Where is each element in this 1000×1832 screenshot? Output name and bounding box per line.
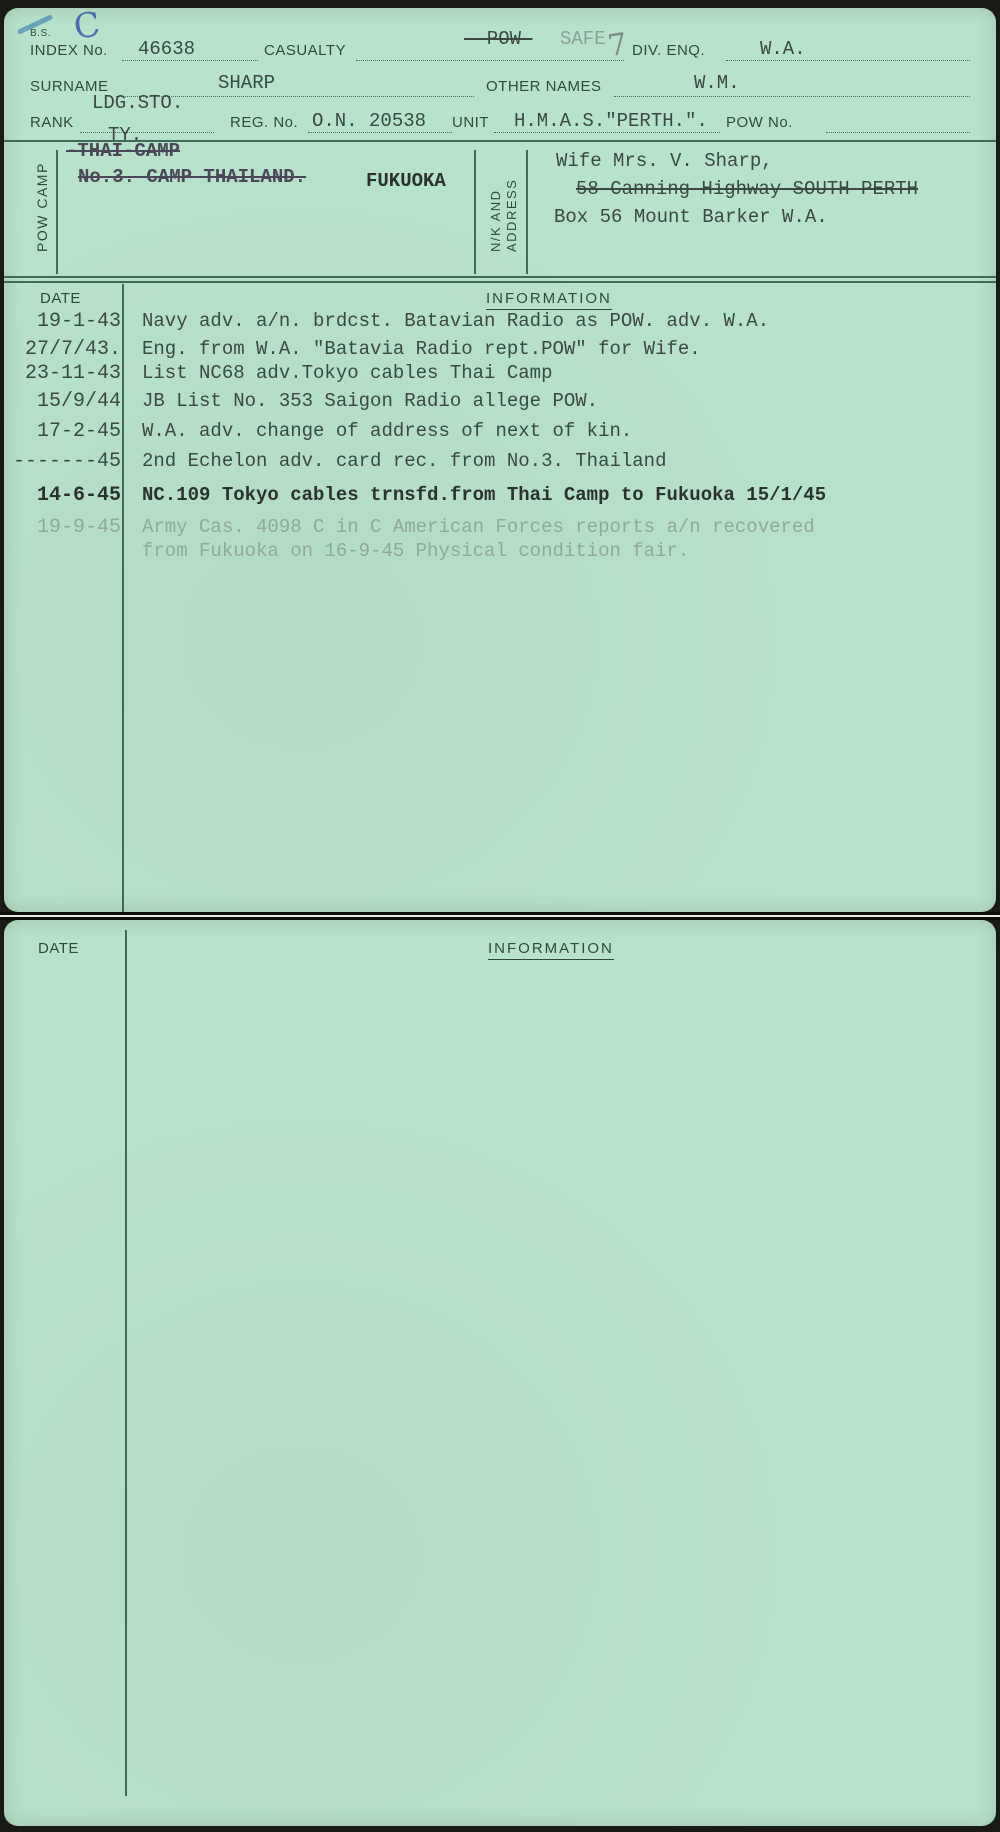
- record-card-back: DATE INFORMATION: [4, 920, 996, 1826]
- reg-no-value: O.N. 20538: [312, 110, 426, 132]
- nok-divider-left: [474, 150, 476, 274]
- div-enq-dots: [726, 60, 970, 61]
- card-separator: [0, 912, 1000, 920]
- other-names-dots: [614, 96, 970, 97]
- other-names-value: W.M.: [694, 72, 740, 94]
- pow-camp-entry: No.3. CAMP THAILAND.: [78, 166, 306, 188]
- index-dots: [122, 60, 258, 61]
- log-entry-info: 2nd Echelon adv. card rec. from No.3. Th…: [142, 450, 667, 472]
- pow-camp-label: POW CAMP: [34, 162, 50, 252]
- nok-divider-right: [526, 150, 528, 274]
- pow-no-label: POW No.: [726, 114, 793, 131]
- surname-value: SHARP: [218, 72, 275, 94]
- log-entry: -------452nd Echelon adv. card rec. from…: [4, 450, 996, 478]
- unit-value: H.M.A.S."PERTH.".: [514, 110, 708, 132]
- log-entry: 19-1-43Navy adv. a/n. brdcst. Batavian R…: [4, 310, 996, 338]
- log-entry-info: Navy adv. a/n. brdcst. Batavian Radio as…: [142, 310, 769, 332]
- nok-label-line1: N/K AND: [488, 189, 503, 252]
- log-entry: from Fukuoka on 16-9-45 Physical conditi…: [4, 540, 996, 568]
- log-entry: 14-6-45NC.109 Tokyo cables trnsfd.from T…: [4, 484, 996, 512]
- reg-no-label: REG. No.: [230, 114, 298, 131]
- rank-label: RANK: [30, 114, 74, 131]
- log-entry: 23-11-43List NC68 adv.Tokyo cables Thai …: [4, 362, 996, 390]
- log-entry-date: 23-11-43: [25, 362, 121, 385]
- log-entry-date: 19-9-45: [37, 516, 121, 539]
- log-entry-date: 15/9/44: [37, 390, 121, 413]
- log-entry-info: Army Cas. 4098 C in C American Forces re…: [142, 516, 815, 538]
- series-label: B.S.: [30, 28, 51, 39]
- date-header: DATE: [40, 290, 81, 307]
- nok-line-struck: 58 Canning Highway SOUTH PERTH: [576, 178, 918, 200]
- other-names-label: OTHER NAMES: [486, 78, 602, 95]
- pow-camp-current: FUKUOKA: [366, 170, 446, 192]
- log-entry-info: W.A. adv. change of address of next of k…: [142, 420, 632, 442]
- casualty-pencil: 7: [606, 27, 630, 64]
- back-date-column-divider: [125, 930, 127, 1796]
- nok-line: Box 56 Mount Barker W.A.: [554, 206, 828, 228]
- double-rule-bottom: [4, 281, 996, 283]
- nok-line: Wife Mrs. V. Sharp,: [556, 150, 773, 172]
- log-entry-date: 14-6-45: [37, 484, 121, 507]
- casualty-label: CASUALTY: [264, 42, 346, 59]
- log-entry-info: from Fukuoka on 16-9-45 Physical conditi…: [142, 540, 689, 562]
- index-value: 46638: [138, 38, 195, 60]
- div-enq-label: DIV. ENQ.: [632, 42, 705, 59]
- rank-value-line1: LDG.STO.: [92, 92, 183, 114]
- rank-dots: [80, 132, 214, 133]
- pow-no-dots: [826, 132, 970, 133]
- unit-label: UNIT: [452, 114, 489, 131]
- div-enq-value: W.A.: [760, 38, 806, 60]
- casualty-value-struck: --POW-: [464, 28, 532, 50]
- nok-label-line2: ADDRESS: [504, 179, 519, 252]
- back-information-header: INFORMATION: [488, 940, 614, 960]
- log-entry: 17-2-45W.A. adv. change of address of ne…: [4, 420, 996, 448]
- log-entry-info: List NC68 adv.Tokyo cables Thai Camp: [142, 362, 552, 384]
- log-entry-date: 27/7/43.: [25, 338, 121, 361]
- unit-dots: [494, 132, 720, 133]
- log-entry-info: Eng. from W.A. "Batavia Radio rept.POW" …: [142, 338, 701, 360]
- reg-no-dots: [308, 132, 452, 133]
- log-entry: 15/9/44JB List No. 353 Saigon Radio alle…: [4, 390, 996, 418]
- information-header: INFORMATION: [486, 290, 612, 310]
- log-entry-info: JB List No. 353 Saigon Radio allege POW.: [142, 390, 598, 412]
- double-rule-top: [4, 276, 996, 278]
- pow-camp-divider: [56, 150, 58, 274]
- casualty-dots: [356, 60, 624, 61]
- casualty-value-faint: SAFE: [560, 28, 606, 50]
- log-entry-date: -------45: [13, 450, 121, 473]
- log-entry-date: 17-2-45: [37, 420, 121, 443]
- record-card-front: B.S. C INDEX No. 46638 CASUALTY --POW- S…: [4, 8, 996, 912]
- pow-camp-entry: -THAI-CAMP: [66, 140, 180, 162]
- index-label: INDEX No.: [30, 42, 108, 59]
- log-entry-date: 19-1-43: [37, 310, 121, 333]
- log-entry-info: NC.109 Tokyo cables trnsfd.from Thai Cam…: [142, 484, 826, 506]
- back-date-header: DATE: [38, 940, 79, 957]
